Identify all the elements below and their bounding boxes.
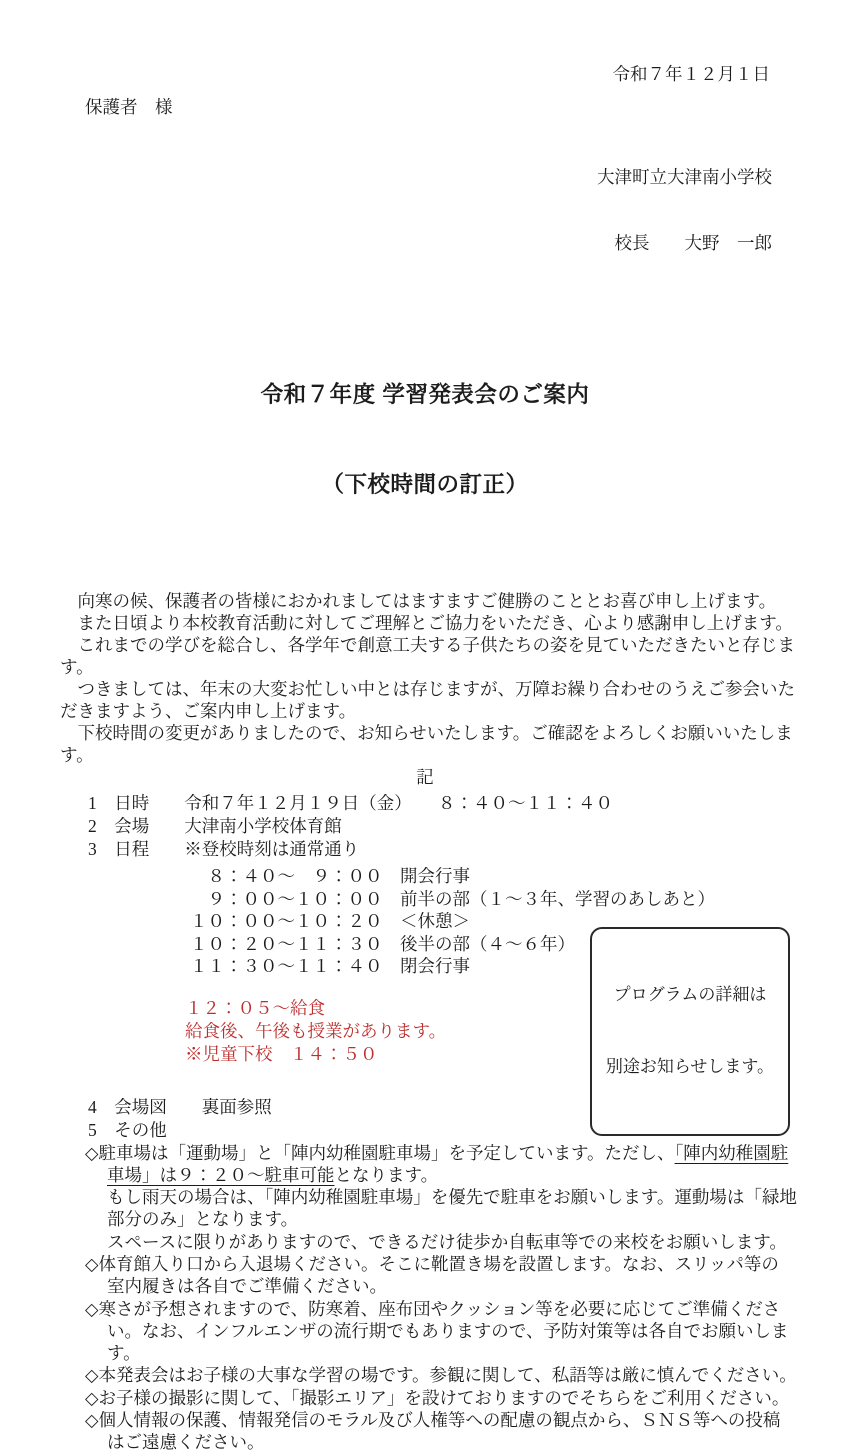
title-line-2: （下校時間の訂正） xyxy=(60,470,790,500)
note-line: ◇体育館入り口から入退場ください。そこに靴置き場を設置します。なお、スリッパ等の xyxy=(85,1253,790,1275)
detail-items: 1 日時 令和７年１２月１９日（金） ８：４０～１１：４０ 2 会場 大津南小学… xyxy=(88,792,790,861)
note-line: す。 xyxy=(85,1342,790,1364)
greeting-line: す。 xyxy=(60,656,790,678)
note-line: 部分のみ」となります。 xyxy=(85,1208,790,1230)
greeting-line: つきましては、年末の大変お忙しい中とは存じますが、万障お繰り合わせのうえご参会い… xyxy=(60,678,790,700)
callout-line-1: プログラムの詳細は xyxy=(594,983,786,1007)
schedule-section: ８：４０～ ９：００ 開会行事 ９：００～１０：００ 前半の部（１～３年、学習の… xyxy=(60,865,790,978)
note-line: ◇お子様の撮影に関して、「撮影エリア」を設けておりますのでそちらをご利用ください… xyxy=(85,1387,790,1409)
item-program: 3 日程 ※登校時刻は通常通り xyxy=(88,838,790,861)
greeting-paragraphs: 向寒の候、保護者の皆様におかれましてはますますご健勝のこととお喜び申し上げます。… xyxy=(60,590,790,766)
sender-block: 大津町立大津南小学校 校長 大野 一郎 xyxy=(60,122,790,298)
other-notes: ◇駐車場は「運動場」と「陣内幼稚園駐車場」を予定しています。ただし、「陣内幼稚園… xyxy=(85,1142,790,1454)
document-page: 令和７年１２月１日 保護者 様 大津町立大津南小学校 校長 大野 一郎 令和７年… xyxy=(0,0,848,1200)
note-parking-underlined-2: 車場」は９：２０～駐車可能 xyxy=(107,1165,335,1185)
title-line-1: 令和７年度 学習発表会のご案内 xyxy=(60,380,790,410)
note-line: スペースに限りがありますので、できるだけ徒歩か自転車等での来校をお願いします。 xyxy=(85,1231,790,1253)
note-line: もし雨天の場合は、「陣内幼稚園駐車場」を優先で駐車をお願いします。運動場は「緑地 xyxy=(85,1186,790,1208)
greeting-line: また日頃より本校教育活動に対してご理解とご協力をいただき、心より感謝申し上げます… xyxy=(60,612,790,634)
note-line: い。なお、インフルエンザの流行期でもありますので、予防対策等は各自でお願いしま xyxy=(85,1320,790,1342)
note-parking-line-1: ◇駐車場は「運動場」と「陣内幼稚園駐車場」を予定しています。ただし、「陣内幼稚園… xyxy=(85,1142,790,1164)
recipient: 保護者 様 xyxy=(85,96,790,118)
greeting-line: す。 xyxy=(60,744,790,766)
schedule-row: ９：００～１０：００ 前半の部（１～３年、学習のあしあと） xyxy=(190,888,790,911)
greeting-line: 向寒の候、保護者の皆様におかれましてはますますご健勝のこととお喜び申し上げます。 xyxy=(60,590,790,612)
issue-date: 令和７年１２月１日 xyxy=(60,62,790,86)
callout-line-2: 別途お知らせします。 xyxy=(594,1055,786,1079)
note-parking-text: ◇駐車場は「運動場」と「陣内幼稚園駐車場」を予定しています。ただし、 xyxy=(85,1143,675,1163)
note-line: ◇個人情報の保護、情報発信のモラル及び人権等への配慮の観点から、ＳＮＳ等への投稿 xyxy=(85,1409,790,1431)
program-callout-box: プログラムの詳細は 別途お知らせします。 xyxy=(590,927,790,1136)
sender-principal: 校長 大野 一郎 xyxy=(60,232,772,254)
record-marker: 記 xyxy=(60,766,790,788)
note-parking-text-end: となります。 xyxy=(335,1165,439,1185)
note-line: ◇本発表会はお子様の大事な学習の場です。参観に関して、私語等は厳に慎んでください… xyxy=(85,1364,790,1386)
note-parking-underlined-1: 「陣内幼稚園駐 xyxy=(675,1143,789,1163)
greeting-line: だきますよう、ご案内申し上げます。 xyxy=(60,700,790,722)
sender-school: 大津町立大津南小学校 xyxy=(60,166,772,188)
schedule-row: ８：４０～ ９：００ 開会行事 xyxy=(190,865,790,888)
item-venue: 2 会場 大津南小学校体育館 xyxy=(88,815,790,838)
note-line: 室内履きは各自でご準備ください。 xyxy=(85,1275,790,1297)
document-title: 令和７年度 学習発表会のご案内 （下校時間の訂正） xyxy=(60,320,790,560)
greeting-line: これまでの学びを総合し、各学年で創意工夫する子供たちの姿を見ていただきたいと存じ… xyxy=(60,634,790,656)
note-line: はご遠慮ください。 xyxy=(85,1431,790,1453)
item-datetime: 1 日時 令和７年１２月１９日（金） ８：４０～１１：４０ xyxy=(88,792,790,815)
greeting-line: 下校時間の変更がありましたので、お知らせいたします。ご確認をよろしくお願いいたし… xyxy=(60,722,790,744)
note-line: ◇寒さが予想されますので、防寒着、座布団やクッション等を必要に応じてご準備くださ xyxy=(85,1298,790,1320)
note-parking-line-2: 車場」は９：２０～駐車可能となります。 xyxy=(85,1164,790,1186)
